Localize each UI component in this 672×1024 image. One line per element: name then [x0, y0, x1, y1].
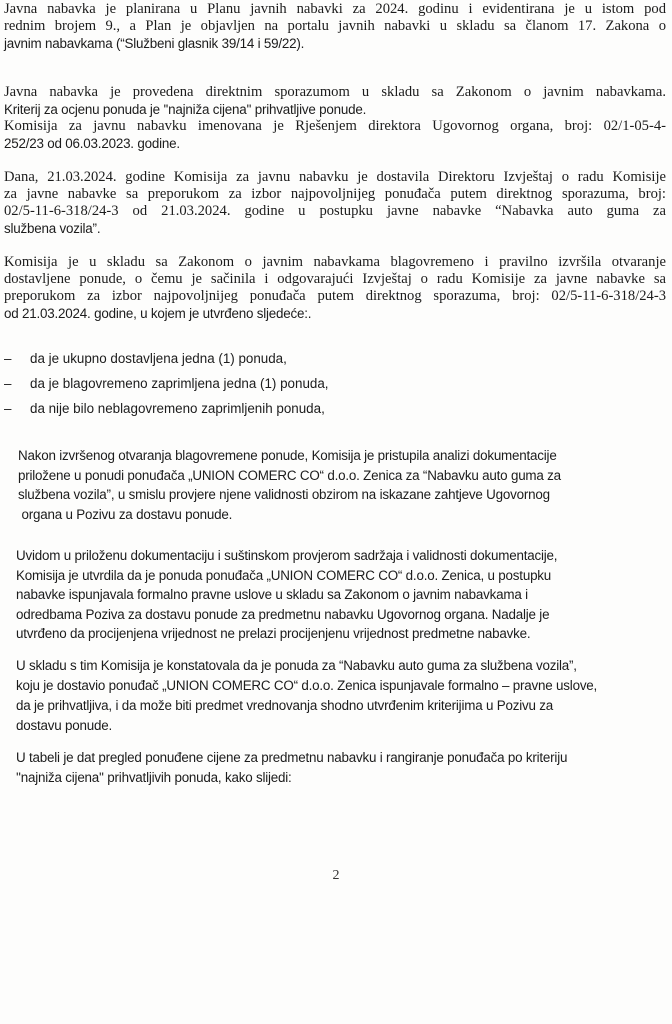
paragraph-opening: Komisija je u skladu sa Zakonom o javnim…	[4, 254, 666, 322]
text-line: javnim nabavkama (“Službeni glasnik 39/1…	[4, 35, 666, 52]
text-line: 02/5-11-6-318/24-3 od 21.03.2024. godine…	[4, 203, 666, 220]
dash-bullet-icon: –	[4, 401, 30, 416]
text-line: Kriterij za ocjenu ponuda je ''najniža c…	[4, 101, 666, 118]
text-line: nabavke ispunjavala formalno pravne uslo…	[16, 585, 666, 605]
text-line: dostavu ponude.	[16, 716, 666, 736]
paragraph-conclusion: U skladu s tim Komisija je konstatovala …	[16, 656, 666, 736]
text-line: organa u Pozivu za dostavu ponude.	[18, 505, 666, 525]
text-line: 252/23 od 06.03.2023. godine.	[4, 135, 666, 152]
text-line: koju je dostavio ponuđač „UNION COMERC C…	[16, 676, 666, 696]
text-line: službena vozila”.	[4, 220, 666, 237]
findings-list: – da je ukupno dostavljena jedna (1) pon…	[4, 346, 329, 421]
text-line: rednim brojem 9., a Plan je objavljen na…	[4, 18, 666, 35]
dash-bullet-icon: –	[4, 376, 30, 391]
text-line: preporukom za izbor najpovoljnijeg ponuđ…	[4, 288, 666, 305]
paragraph-analysis: Nakon izvršenog otvaranja blagovremene p…	[18, 446, 666, 524]
text-line: priložene u ponudi ponuđača „UNION COMER…	[18, 466, 666, 486]
text-line: da je prihvatljiva, i da može biti predm…	[16, 696, 666, 716]
document-page: Javna nabavka je planirana u Planu javni…	[0, 0, 672, 1024]
paragraph-report: Dana, 21.03.2024. godine Komisija za jav…	[4, 169, 666, 237]
list-item: – da je blagovremeno zaprimljena jedna (…	[4, 371, 329, 396]
list-item-text: da je ukupno dostavljena jedna (1) ponud…	[30, 351, 287, 366]
paragraph-table-intro: U tabeli je dat pregled ponuđene cijene …	[16, 748, 666, 788]
text-line: ''najniža cijena'' prihvatljivih ponuda,…	[16, 768, 666, 788]
text-line: Javna nabavka je planirana u Planu javni…	[4, 1, 666, 18]
text-line: za javne nabavke sa preporukom za izbor …	[4, 186, 666, 203]
list-item: – da nije bilo neblagovremeno zaprimljen…	[4, 396, 329, 421]
text-line: Komisija je u skladu sa Zakonom o javnim…	[4, 254, 666, 271]
list-item: – da je ukupno dostavljena jedna (1) pon…	[4, 346, 329, 371]
text-line: Nakon izvršenog otvaranja blagovremene p…	[18, 446, 666, 466]
text-line: Komisija je utvrdila da je ponuda ponuđa…	[16, 566, 666, 586]
paragraph-procedure: Javna nabavka je provedena direktnim spo…	[4, 84, 666, 152]
text-line: utvrđeno da procijenjena vrijednost ne p…	[16, 624, 666, 644]
paragraph-plan: Javna nabavka je planirana u Planu javni…	[4, 1, 666, 52]
text-line: odredbama Poziva za dostavu ponude za pr…	[16, 605, 666, 625]
dash-bullet-icon: –	[4, 351, 30, 366]
page-number: 2	[0, 868, 672, 884]
text-line: U tabeli je dat pregled ponuđene cijene …	[16, 748, 666, 768]
text-line: Dana, 21.03.2024. godine Komisija za jav…	[4, 169, 666, 186]
text-line: službena vozila”, u smislu provjere njen…	[18, 485, 666, 505]
paragraph-validation: Uvidom u priloženu dokumentaciju i sušti…	[16, 546, 666, 644]
text-line: Javna nabavka je provedena direktnim spo…	[4, 84, 666, 101]
text-line: U skladu s tim Komisija je konstatovala …	[16, 656, 666, 676]
text-line: dostavljene ponude, o čemu je sačinila i…	[4, 271, 666, 288]
list-item-text: da nije bilo neblagovremeno zaprimljenih…	[30, 401, 325, 416]
text-line: od 21.03.2024. godine, u kojem je utvrđe…	[4, 305, 666, 322]
text-line: Uvidom u priloženu dokumentaciju i sušti…	[16, 546, 666, 566]
list-item-text: da je blagovremeno zaprimljena jedna (1)…	[30, 376, 329, 391]
text-line: Komisija za javnu nabavku imenovana je R…	[4, 118, 666, 135]
